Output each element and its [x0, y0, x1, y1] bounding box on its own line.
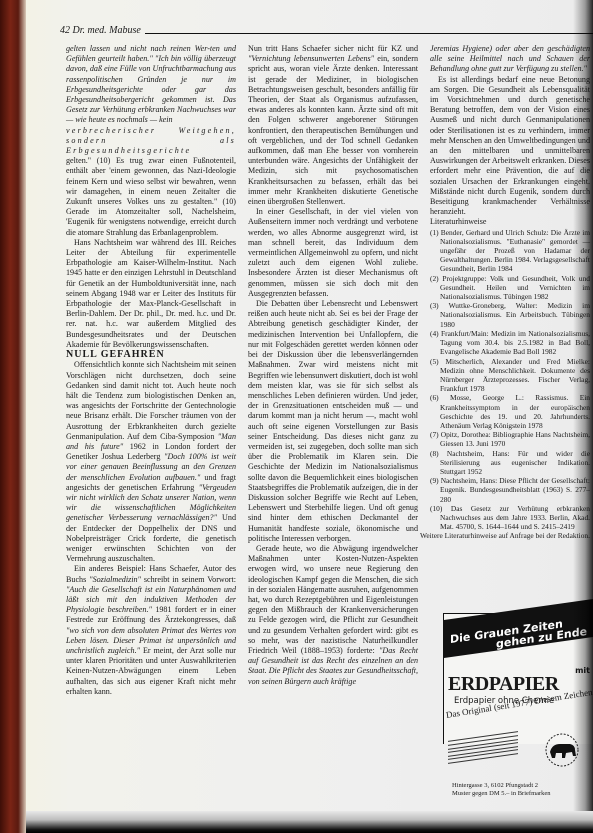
page-number: 42 [60, 25, 70, 36]
paragraph: In einer Gesellschaft, in der viel viele… [248, 207, 418, 299]
running-title: Dr. med. Mabuse [73, 25, 141, 36]
paragraph-nachtsheim: Hans Nachtsheim war während des III. Rei… [66, 238, 236, 350]
column-1: gelten lassen und nicht nach reinen Wer-… [66, 44, 236, 697]
subheading: NULL GEFAHREN [66, 350, 236, 360]
paragraph: Es ist allerdings bedarf eine neue Beton… [430, 75, 590, 218]
references-heading: Literaturhinweise [430, 217, 590, 227]
paragraph-schaefer: Ein anderes Beispiel: Hans Schaefer, Aut… [66, 564, 236, 697]
paragraph: Gerade heute, wo die Abwägung irgendwelc… [248, 544, 418, 687]
column-2: Nun tritt Hans Schaefer sicher nicht für… [248, 44, 418, 687]
references-note: Weitere Literaturhinweise auf Anfrage be… [430, 531, 590, 540]
paragraph: Jeremias Hygiene) oder aber den geschädi… [430, 44, 590, 75]
page-bottom-edge [26, 811, 593, 833]
reference-item: (3) Wuttke-Groneberg, Walter: Medizin im… [430, 301, 590, 329]
column-3: Jeremias Hygiene) oder aber den geschädi… [430, 44, 590, 541]
paragraph: Die Debatten über Lebensrecht und Lebens… [248, 299, 418, 544]
page-curl-shadow [573, 0, 593, 833]
reference-item: (5) Mitscherlich, Alexander und Fred Mie… [430, 357, 590, 394]
header-rule [145, 33, 593, 34]
reference-item: (2) Projektgruppe: Volk und Gesundheit, … [430, 274, 590, 302]
ad-decorative-lines [448, 734, 518, 774]
book-binding [0, 0, 26, 833]
erdpapier-advertisement: Die Grauen Zeiten gehen zu Ende mit ERDP… [443, 613, 593, 744]
reference-item: (9) Nachtsheim, Hans: Diese Pflicht der … [430, 476, 590, 504]
reference-item: (7) Opitz, Dorothea: Bibliographie Hans … [430, 430, 590, 448]
paragraph: Nun tritt Hans Schaefer sicher nicht für… [248, 44, 418, 207]
ad-brand: ERDPAPIER [448, 673, 559, 696]
reference-item: (4) Frankfurt/Main: Medizin im Nationals… [430, 329, 590, 357]
reference-item: (10) Das Gesetz zur Verhütung erbkranken… [430, 504, 590, 532]
paragraph: gelten lassen und nicht nach reinen Wer-… [66, 44, 236, 126]
spaced-emphasis: verbrecherischer Weitgehen, sondern als … [66, 126, 236, 157]
reference-item: (1) Bender, Gerhard und Ulrich Schulz: D… [430, 228, 590, 274]
paragraph: gelten." (10) Es trug zwar einen Fußnote… [66, 156, 236, 238]
paragraph-null-gefahren: Offensichtlich konnte sich Nachtsheim mi… [66, 360, 236, 564]
reference-item: (8) Nachtsheim, Hans: Für und wider die … [430, 449, 590, 477]
running-header: 42 Dr. med. Mabuse [60, 22, 593, 36]
reference-item: (6) Mosse, George L.: Rassismus. Ein Kra… [430, 393, 590, 430]
ad-address: Hintergasse 3, 6102 Pfungstadt 2 Muster … [452, 782, 551, 798]
